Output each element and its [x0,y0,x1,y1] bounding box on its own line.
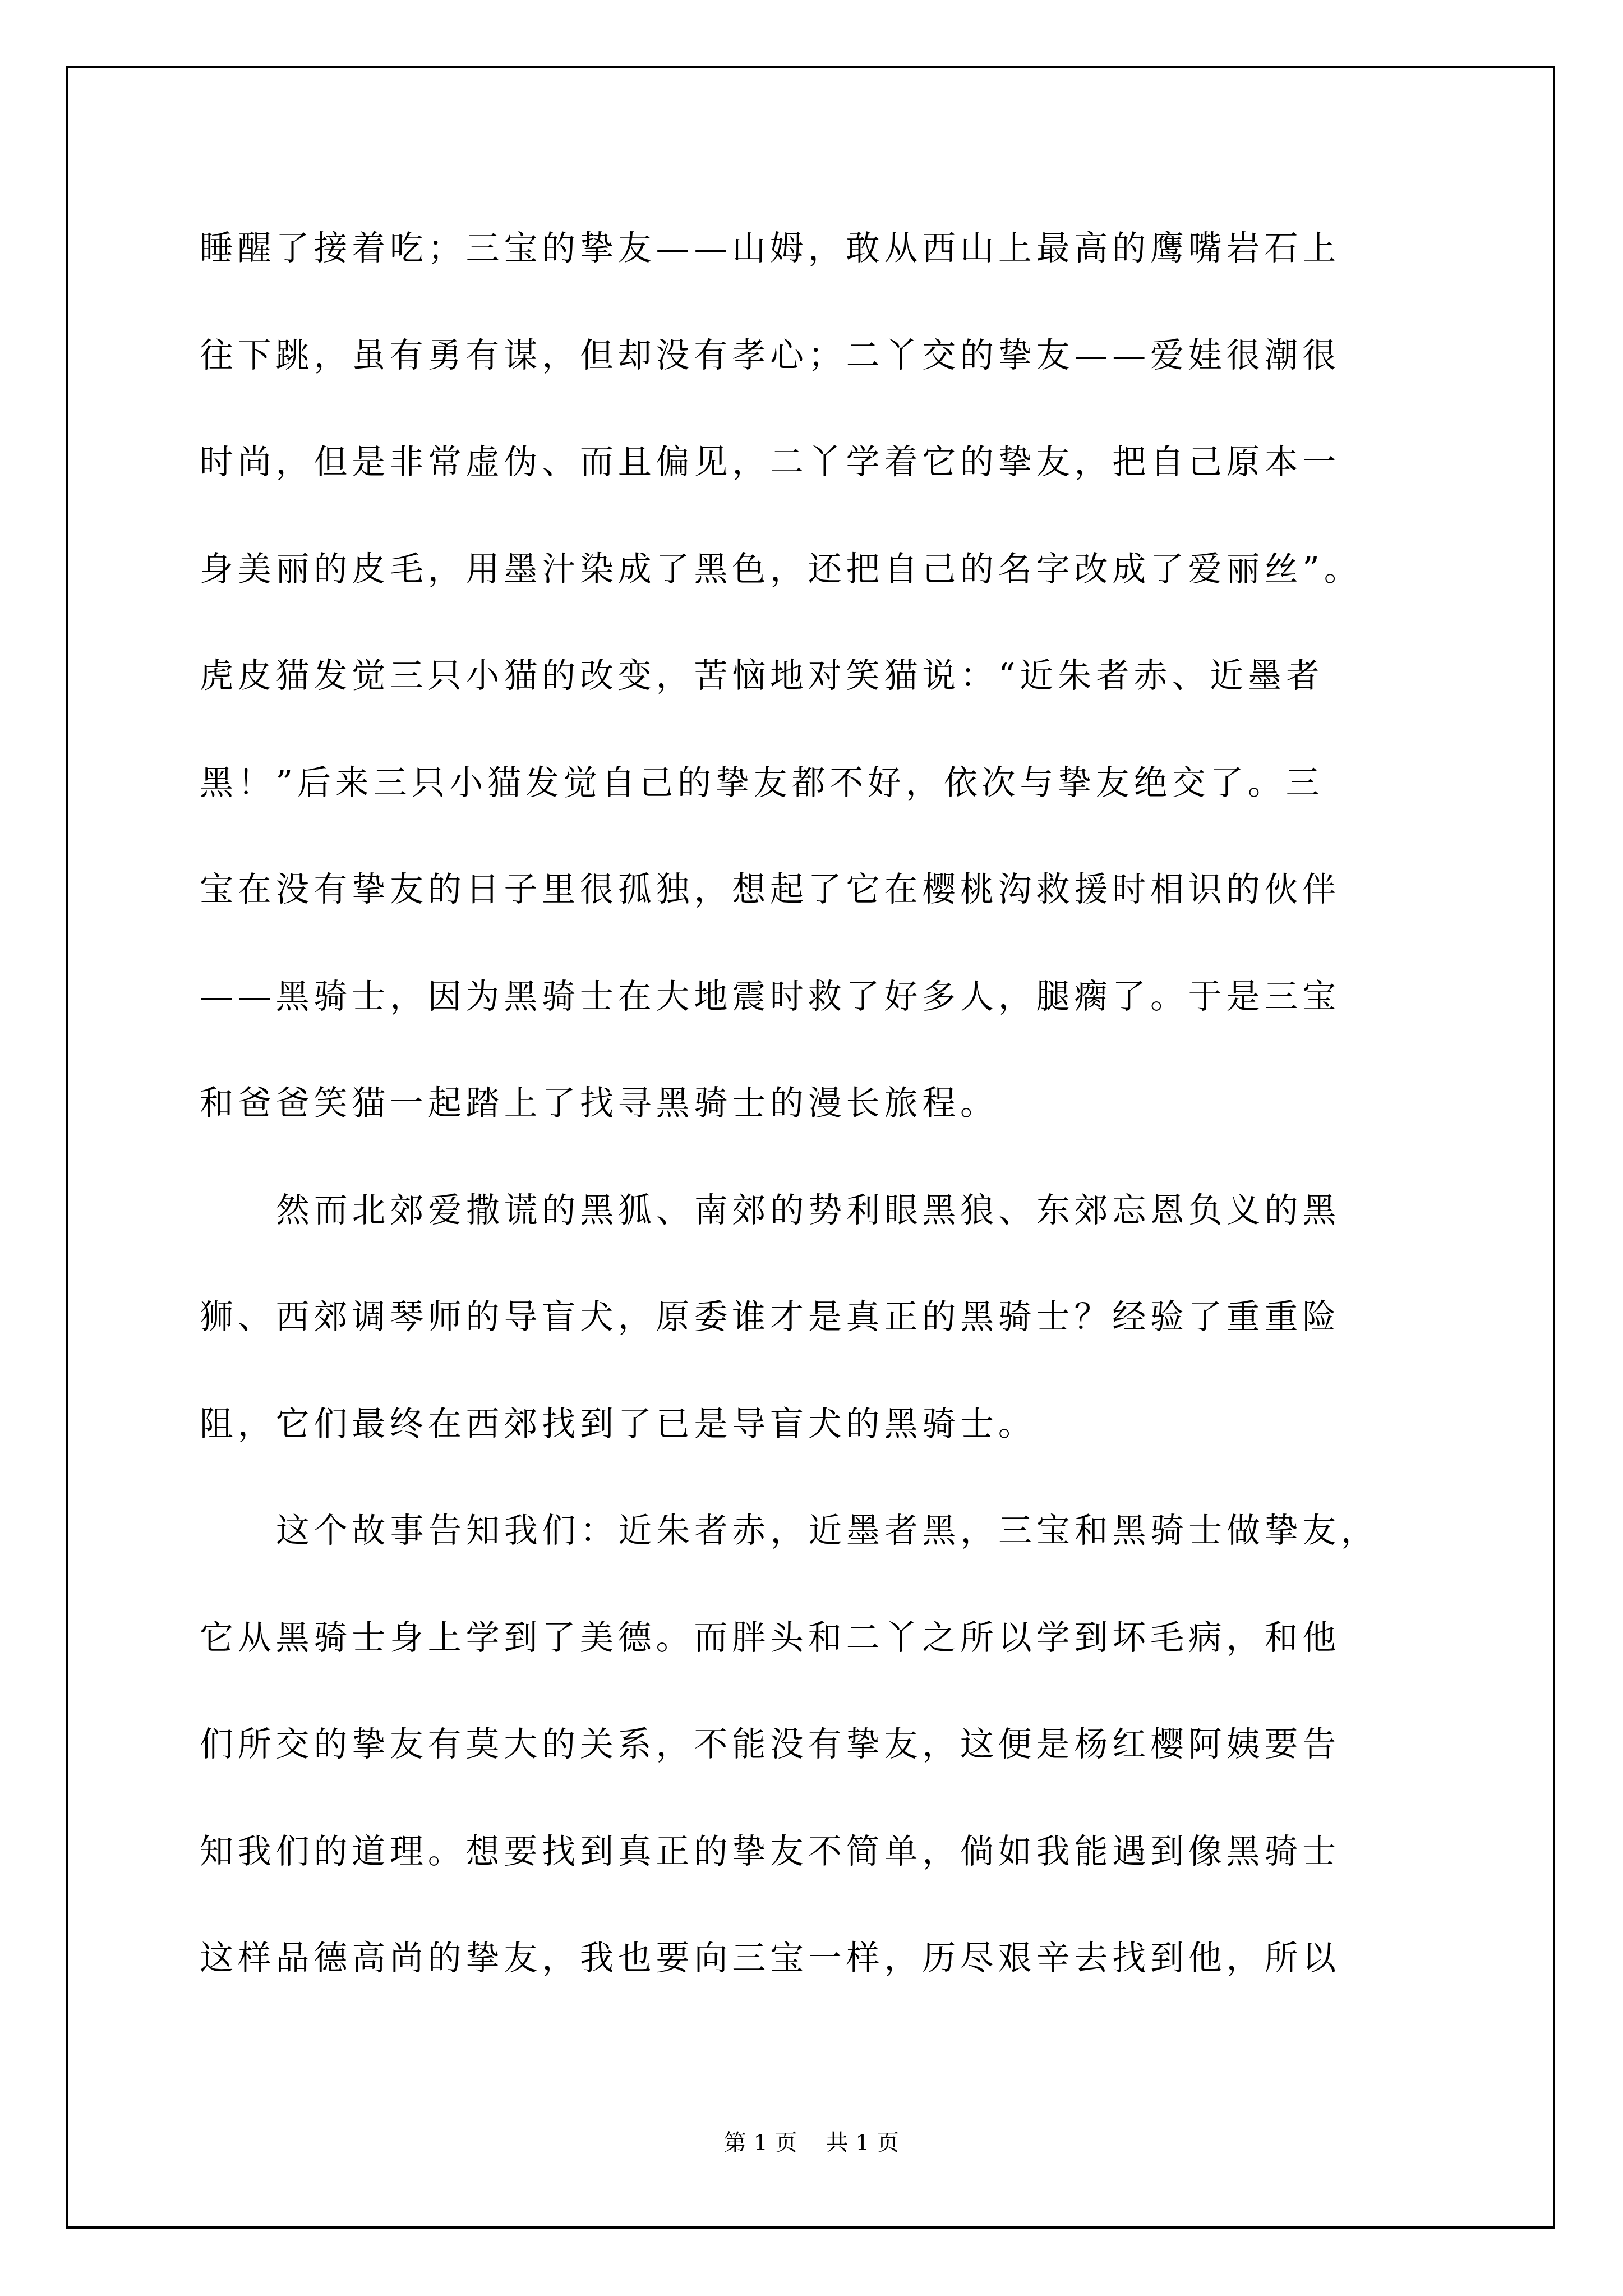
text-line-15: 们所交的挚友有莫大的关系，不能没有挚友，这便是杨红樱阿姨要告 [200,1708,1490,1815]
text-line-14: 它从黑骑士身上学到了美德。而胖头和二丫之所以学到坏毛病，和他 [200,1602,1490,1709]
text-line-9: 和爸爸笑猫一起踏上了找寻黑骑士的漫长旅程。 [200,1067,1490,1174]
text-line-7: 宝在没有挚友的日子里很孤独，想起了它在樱桃沟救援时相识的伙伴 [200,853,1490,960]
text-line-16: 知我们的道理。想要找到真正的挚友不简单，倘如我能遇到像黑骑士 [200,1815,1490,1922]
text-line-5: 虎皮猫发觉三只小猫的改变，苦恼地对笑猫说：“近朱者赤、近墨者 [200,639,1490,747]
text-line-1: 睡醒了接着吃；三宝的挚友——山姆，敢从西山上最高的鹰嘴岩石上 [200,212,1490,319]
page-number-footer: 第 1 页 共 1 页 [0,2126,1623,2160]
paragraph-start-line-10: 然而北郊爱撒谎的黑狐、南郊的势利眼黑狼、东郊忘恩负义的黑 [200,1174,1490,1281]
text-line-3: 时尚，但是非常虚伪、而且偏见，二丫学着它的挚友，把自己原本一 [200,426,1490,533]
text-line-2: 往下跳，虽有勇有谋，但却没有孝心；二丫交的挚友——爱娃很潮很 [200,319,1490,426]
text-line-8: ——黑骑士，因为黑骑士在大地震时救了好多人，腿瘸了。于是三宝 [200,960,1490,1068]
text-line-6: 黑！”后来三只小猫发觉自己的挚友都不好，依次与挚友绝交了。三 [200,747,1490,854]
document-body: 睡醒了接着吃；三宝的挚友——山姆，敢从西山上最高的鹰嘴岩石上 往下跳，虽有勇有谋… [200,212,1490,2029]
text-line-4: 身美丽的皮毛，用墨汁染成了黑色，还把自己的名字改成了爱丽丝”。 [200,533,1490,640]
paragraph-start-line-13: 这个故事告知我们：近朱者赤，近墨者黑，三宝和黑骑士做挚友， [200,1494,1490,1602]
text-line-12: 阻，它们最终在西郊找到了已是导盲犬的黑骑士。 [200,1388,1490,1495]
text-line-11: 狮、西郊调琴师的导盲犬，原委谁才是真正的黑骑士？经验了重重险 [200,1281,1490,1388]
text-line-17: 这样品德高尚的挚友，我也要向三宝一样，历尽艰辛去找到他，所以 [200,1922,1490,2029]
